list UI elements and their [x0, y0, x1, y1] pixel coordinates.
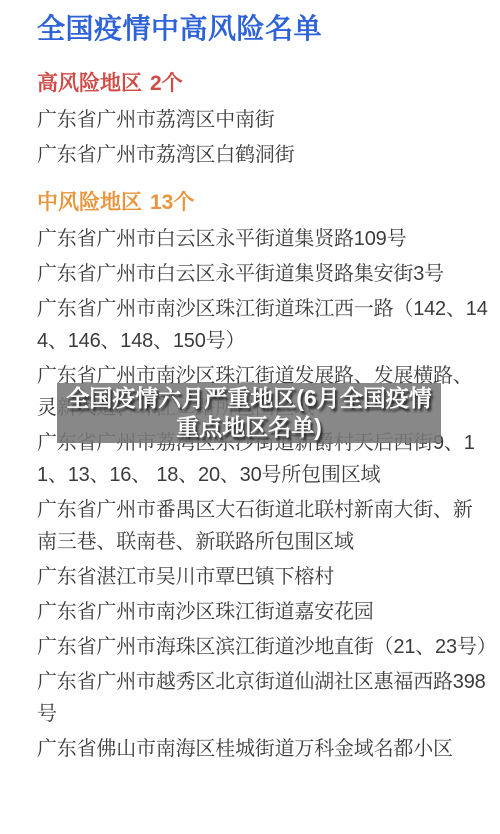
risk-area-item: 广东省广州市白云区永平街道集贤路109号 [37, 223, 492, 255]
medium-risk-count: 13个 [150, 191, 194, 214]
risk-area-item: 广东省广州市荔湾区中南街 [37, 104, 492, 136]
risk-area-item: 广东省广州市南沙区珠江街道嘉安花园 [37, 596, 492, 628]
medium-risk-section: 中风险地区13个 广东省广州市白云区永平街道集贤路109号 广东省广州市白云区永… [37, 189, 492, 765]
risk-area-item: 广东省广州市荔湾区白鹤洞街 [37, 139, 492, 171]
high-risk-section: 高风险地区2个 广东省广州市荔湾区中南街 广东省广州市荔湾区白鹤洞街 [37, 70, 492, 171]
risk-area-item: 广东省广州市白云区永平街道集贤路集安街3号 [37, 258, 492, 290]
risk-area-item: 广东省广州市海珠区滨江街道沙地直街（21、23号） [37, 631, 492, 663]
medium-risk-label: 中风险地区 [37, 191, 142, 214]
high-risk-count: 2个 [150, 72, 183, 95]
high-risk-header: 高风险地区2个 [37, 70, 492, 97]
risk-area-item: 广东省广州市越秀区北京街道仙湖社区惠福西路398号 [37, 666, 492, 730]
high-risk-label: 高风险地区 [37, 72, 142, 95]
risk-area-item: 广东省广州市番禺区大石街道北联村新南大街、新南三巷、联南巷、新联路所包围区域 [37, 494, 492, 558]
risk-area-item: 广东省湛江市吴川市覃巴镇下榕村 [37, 561, 492, 593]
risk-area-item: 广东省广州市南沙区珠江街道珠江西一路（142、144、146、148、150号） [37, 293, 492, 357]
article-page: 全国疫情中高风险名单 高风险地区2个 广东省广州市荔湾区中南街 广东省广州市荔湾… [0, 0, 500, 834]
medium-risk-header: 中风险地区13个 [37, 189, 492, 216]
watermark-overlay: 全国疫情六月严重地区(6月全国疫情重点地区名单) [57, 383, 441, 443]
page-title: 全国疫情中高风险名单 [37, 10, 492, 48]
risk-area-item: 广东省佛山市南海区桂城街道万科金域名都小区 [37, 733, 492, 765]
